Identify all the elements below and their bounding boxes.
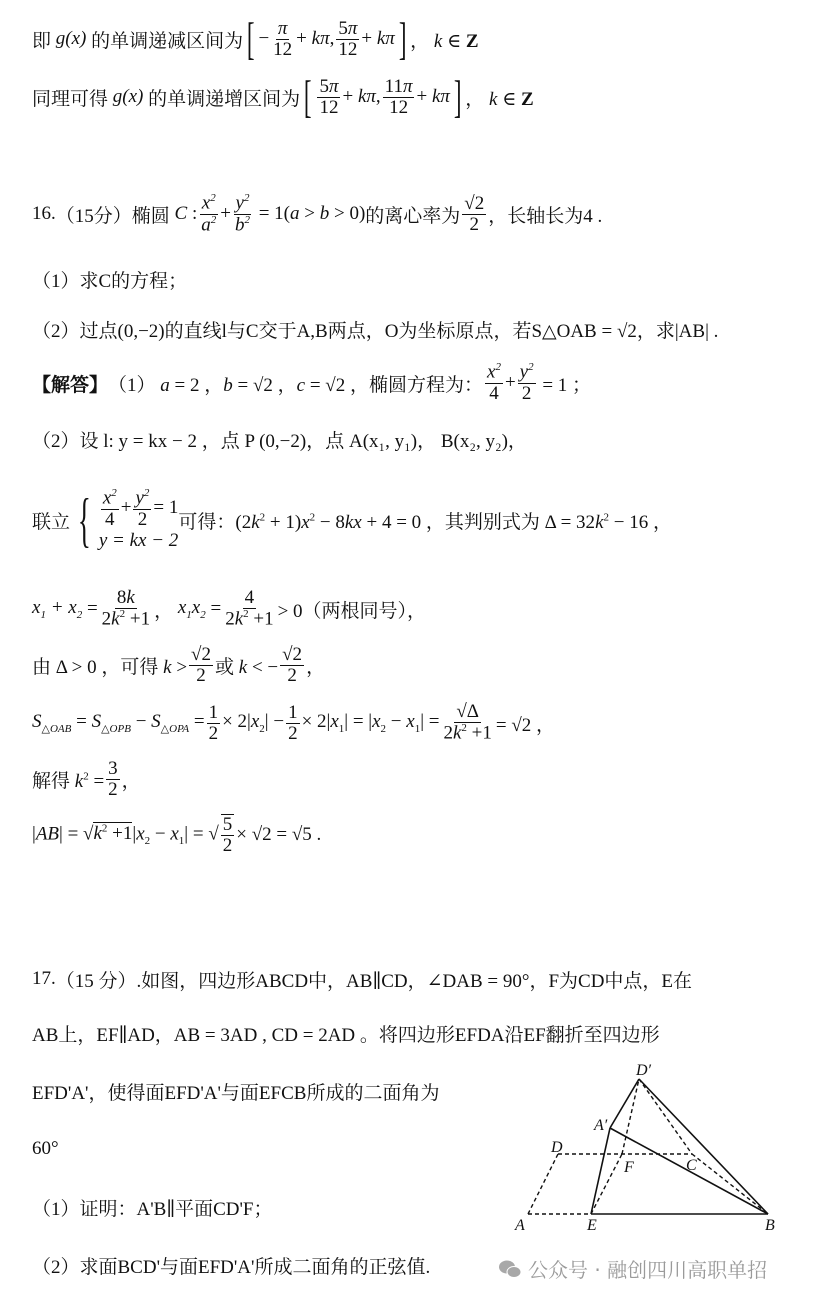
label-c: C (686, 1157, 697, 1174)
folded-quadrilateral-figure: D′ A′ D F C A E B (0, 0, 826, 1300)
watermark-text: 公众号 · 融创四川高职单招 (528, 1254, 767, 1283)
label-a: A (514, 1217, 525, 1234)
label-b: B (765, 1217, 775, 1234)
wechat-icon (498, 1259, 522, 1279)
label-f: F (623, 1159, 634, 1176)
watermark: 公众号 · 融创四川高职单招 (498, 1254, 767, 1283)
label-d: D (550, 1139, 563, 1156)
label-e: E (586, 1217, 597, 1234)
label-a-prime: A′ (593, 1117, 608, 1134)
label-d-prime: D′ (635, 1062, 652, 1079)
